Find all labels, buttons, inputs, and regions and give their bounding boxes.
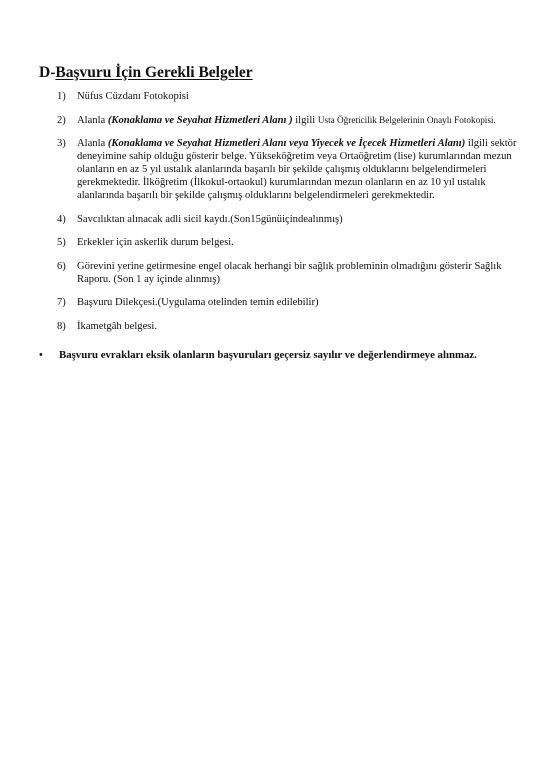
list-item-text: Nüfus Cüzdanı Fotokopisi xyxy=(77,91,189,102)
bullet-icon: • xyxy=(39,349,59,362)
list-item-text: İkametgâh belgesi. xyxy=(77,321,157,332)
list-item-text: Başvuru Dilekçesi.(Uygulama otelinden te… xyxy=(77,297,319,308)
list-item-number: 4) xyxy=(57,213,66,226)
section-heading: D-Başvuru İçin Gerekli Belgeler xyxy=(39,64,253,82)
list-item-number: 6) xyxy=(57,260,66,273)
list-item: 4) Savcılıktan alınacak adli sicil kaydı… xyxy=(57,213,517,226)
list-item-lead: Alanla xyxy=(77,115,108,126)
list-item-number: 3) xyxy=(57,137,66,150)
list-item-number: 8) xyxy=(57,320,66,333)
list-item-text: Erkekler için askerlik durum belgesi. xyxy=(77,237,234,248)
list-item: 1) Nüfus Cüzdanı Fotokopisi xyxy=(57,90,517,103)
list-item: 8) İkametgâh belgesi. xyxy=(57,320,517,333)
important-note-text: Başvuru evrakları eksik olanların başvur… xyxy=(59,349,477,361)
list-item-emphasis: (Konaklama ve Seyahat Hizmetleri Alanı v… xyxy=(108,138,465,149)
list-item: 3) Alanla (Konaklama ve Seyahat Hizmetle… xyxy=(57,137,517,202)
list-item-emphasis: (Konaklama ve Seyahat Hizmetleri Alanı ) xyxy=(108,115,293,126)
list-item-number: 2) xyxy=(57,114,66,127)
list-item-lead: Alanla xyxy=(77,138,108,149)
list-item: 6) Görevini yerine getirmesine engel ola… xyxy=(57,260,517,286)
list-item-mid: ilgili xyxy=(293,115,318,126)
section-heading-prefix: D- xyxy=(39,64,55,81)
list-item-tail: Usta Öğreticilik Belgelerinin Onaylı Fot… xyxy=(318,115,496,125)
list-item: 5) Erkekler için askerlik durum belgesi. xyxy=(57,236,517,249)
list-item-text: Savcılıktan alınacak adli sicil kaydı.(S… xyxy=(77,214,343,225)
list-item-number: 1) xyxy=(57,90,66,103)
list-item-number: 7) xyxy=(57,296,66,309)
document-page: D-Başvuru İçin Gerekli Belgeler 1) Nüfus… xyxy=(0,0,543,768)
list-item-number: 5) xyxy=(57,236,66,249)
required-documents-list: 1) Nüfus Cüzdanı Fotokopisi 2) Alanla (K… xyxy=(57,90,517,343)
section-heading-title: Başvuru İçin Gerekli Belgeler xyxy=(55,64,252,81)
important-note: •Başvuru evrakları eksik olanların başvu… xyxy=(39,349,477,362)
list-item: 2) Alanla (Konaklama ve Seyahat Hizmetle… xyxy=(57,114,517,127)
list-item-text: Görevini yerine getirmesine engel olacak… xyxy=(77,261,502,285)
list-item: 7) Başvuru Dilekçesi.(Uygulama otelinden… xyxy=(57,296,517,309)
